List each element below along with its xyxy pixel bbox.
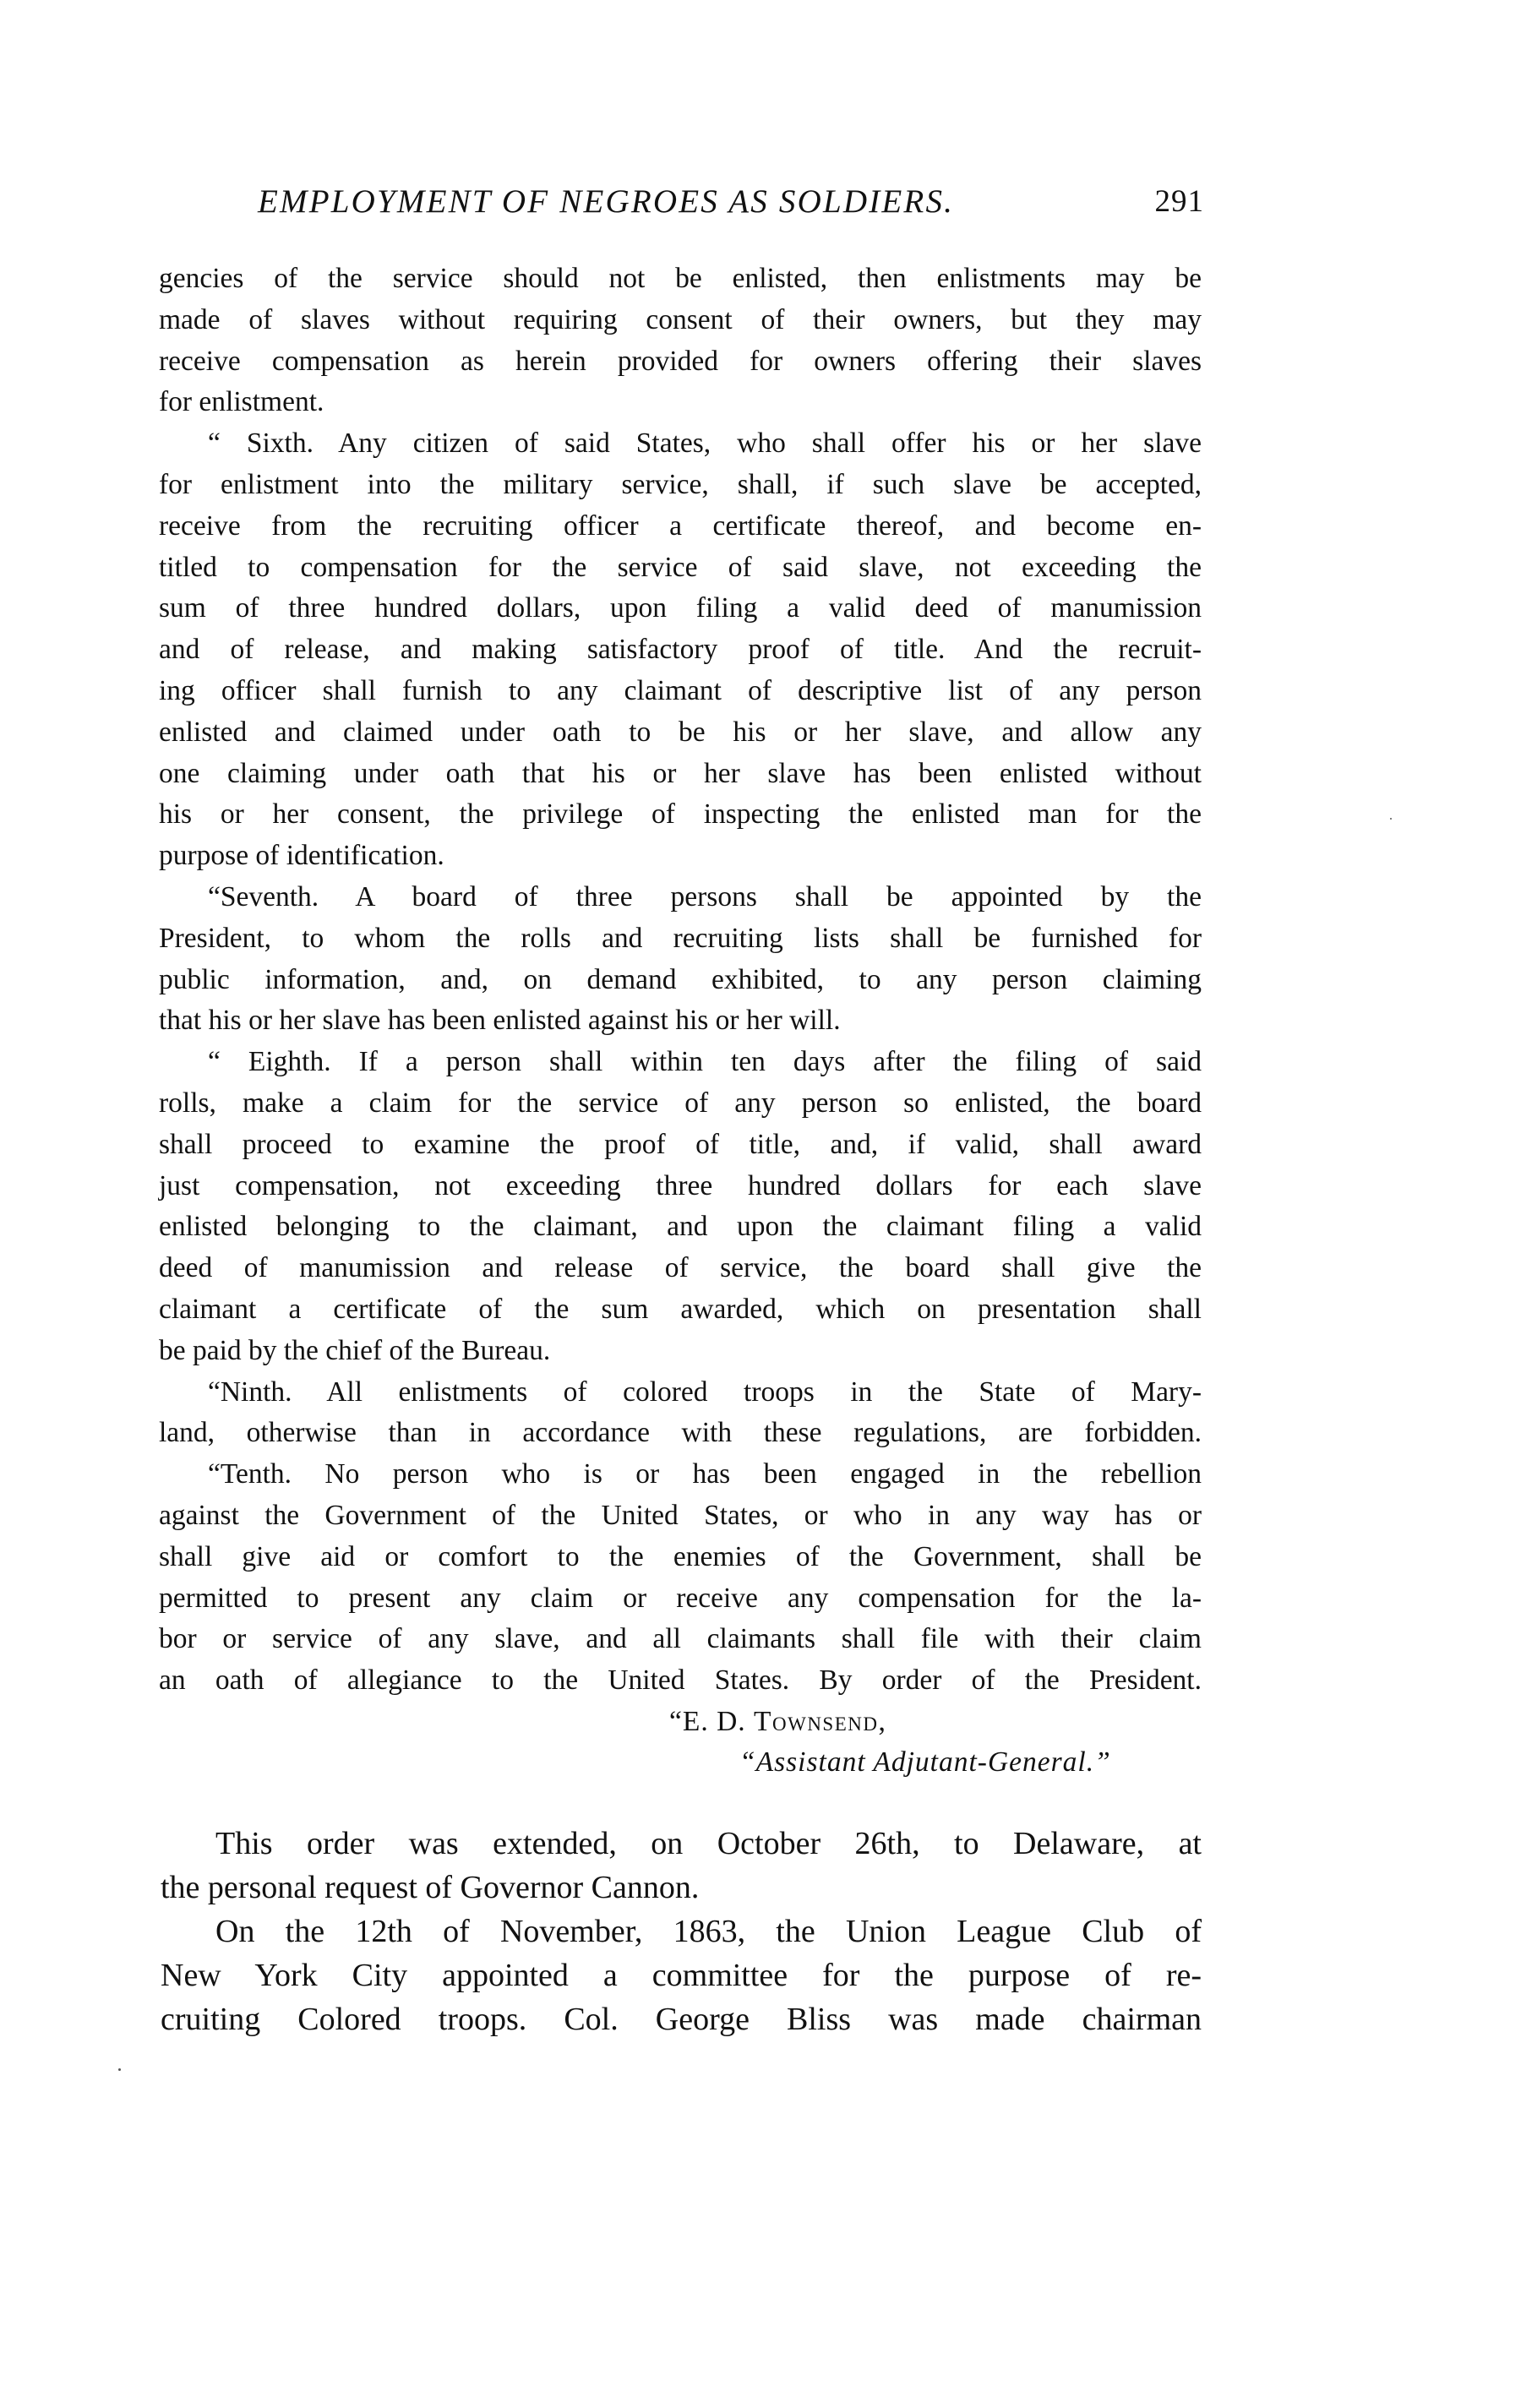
paragraph-delaware: This order was extended, on October 26th…	[161, 1822, 1202, 1866]
text-line: titled to compensation for the service o…	[159, 548, 1202, 589]
paragraph-seventh: “Seventh. A board of three persons shall…	[159, 877, 1202, 918]
paragraph-tenth: “Tenth. No person who is or has been eng…	[159, 1454, 1202, 1495]
text-line: New York City appointed a committee for …	[161, 1953, 1202, 1997]
scan-speck	[1390, 818, 1392, 820]
text-line: receive from the recruiting officer a ce…	[159, 506, 1202, 548]
text-line: his or her consent, the privilege of ins…	[159, 794, 1202, 836]
text-line: ing officer shall furnish to any claiman…	[159, 671, 1202, 712]
text-line: one claiming under oath that his or her …	[159, 754, 1202, 795]
book-page: EMPLOYMENT OF NEGROES AS SOLDIERS. 291 g…	[0, 0, 1521, 2408]
text-line: an oath of allegiance to the United Stat…	[159, 1660, 1202, 1702]
signature-initials: “E. D.	[669, 1706, 754, 1737]
signature-name: “E. D. Townsend,	[669, 1702, 886, 1743]
text-line: shall proceed to examine the proof of ti…	[159, 1125, 1202, 1166]
page-number: 291	[1155, 181, 1205, 223]
text-line: sum of three hundred dollars, upon filin…	[159, 588, 1202, 629]
text-line: enlisted belonging to the claimant, and …	[159, 1207, 1202, 1248]
text-line: claimant a certificate of the sum awarde…	[159, 1289, 1202, 1331]
text-line: shall give aid or comfort to the enemies…	[159, 1537, 1202, 1578]
text-line: the personal request of Governor Cannon.	[161, 1866, 1202, 1910]
text-line: land, otherwise than in accordance with …	[159, 1413, 1202, 1454]
narrative-text: This order was extended, on October 26th…	[161, 1822, 1202, 2041]
running-head: EMPLOYMENT OF NEGROES AS SOLDIERS. 291	[258, 181, 1204, 223]
text-line: gencies of the service should not be enl…	[159, 259, 1202, 300]
text-line: just compensation, not exceeding three h…	[159, 1166, 1202, 1207]
signature-surname: Townsend,	[754, 1706, 886, 1737]
text-line: deed of manumission and release of servi…	[159, 1248, 1202, 1289]
text-line: enlisted and claimed under oath to be hi…	[159, 712, 1202, 754]
paragraph-sixth: “ Sixth. Any citizen of said States, who…	[159, 423, 1202, 465]
text-line: permitted to present any claim or receiv…	[159, 1578, 1202, 1620]
text-line: receive compensation as herein provided …	[159, 341, 1202, 383]
text-line: made of slaves without requiring consent…	[159, 300, 1202, 341]
text-line: that his or her slave has been enlisted …	[159, 1000, 1202, 1042]
paragraph-ninth: “Ninth. All enlistments of colored troop…	[159, 1372, 1202, 1414]
text-line: cruiting Colored troops. Col. George Bli…	[161, 1997, 1202, 2041]
paragraph-eighth: “ Eighth. If a person shall within ten d…	[159, 1042, 1202, 1083]
text-line: and of release, and making satisfactory …	[159, 629, 1202, 671]
order-text: gencies of the service should not be enl…	[159, 259, 1202, 1702]
scan-speck	[118, 2068, 121, 2071]
text-line: President, to whom the rolls and recruit…	[159, 918, 1202, 960]
text-line: purpose of identification.	[159, 836, 1202, 877]
text-line: public information, and, on demand exhib…	[159, 960, 1202, 1001]
text-line: for enlistment into the military service…	[159, 465, 1202, 506]
running-title: EMPLOYMENT OF NEGROES AS SOLDIERS.	[258, 181, 954, 223]
paragraph-union-league: On the 12th of November, 1863, the Union…	[161, 1910, 1202, 1953]
signature-title: “Assistant Adjutant-General.”	[739, 1742, 1111, 1784]
text-line: rolls, make a claim for the service of a…	[159, 1083, 1202, 1125]
text-line: against the Government of the United Sta…	[159, 1495, 1202, 1537]
text-line: bor or service of any slave, and all cla…	[159, 1619, 1202, 1660]
text-line: for enlistment.	[159, 382, 1202, 423]
text-line: be paid by the chief of the Bureau.	[159, 1331, 1202, 1372]
